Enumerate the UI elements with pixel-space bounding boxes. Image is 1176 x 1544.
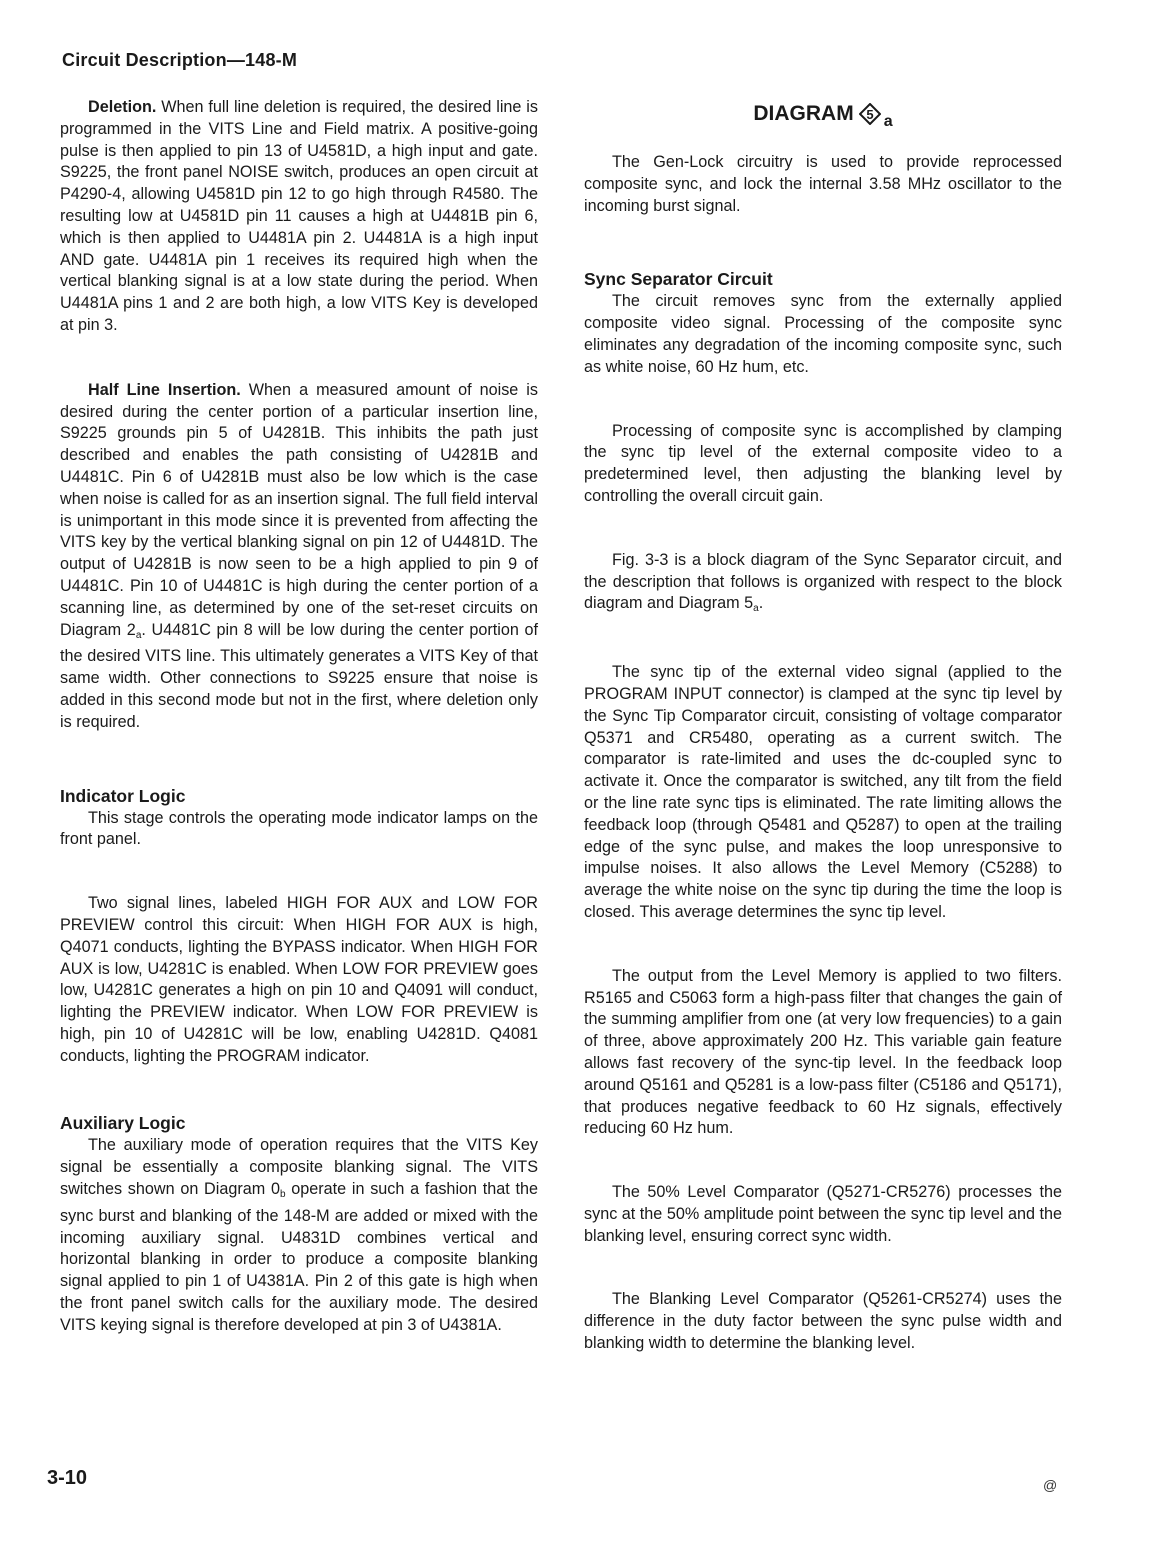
aux-text-b: operate in such a fashion that the sync … <box>60 1180 538 1334</box>
indicator-logic-p2: Two signal lines, labeled HIGH FOR AUX a… <box>60 893 538 1067</box>
p3-text-a: Fig. 3-3 is a block diagram of the Sync … <box>584 551 1062 613</box>
diagram-suffix: a <box>884 113 893 130</box>
sync-separator-p5: The output from the Level Memory is appl… <box>584 966 1062 1140</box>
diagram-title: DIAGRAM5a <box>584 99 1062 135</box>
p3-text-b: . <box>759 594 764 612</box>
sync-separator-p3: Fig. 3-3 is a block diagram of the Sync … <box>584 550 1062 620</box>
sync-separator-p1: The circuit removes sync from the extern… <box>584 291 1062 378</box>
diamond-badge-icon: 5 <box>859 103 881 125</box>
footer-mark: @ <box>1043 1477 1057 1493</box>
deletion-text: When full line deletion is required, the… <box>60 98 538 334</box>
auxiliary-logic-paragraph: The auxiliary mode of operation requires… <box>60 1135 538 1336</box>
sync-separator-p2: Processing of composite sync is accompli… <box>584 421 1062 508</box>
indicator-logic-heading: Indicator Logic <box>60 784 538 808</box>
auxiliary-logic-heading: Auxiliary Logic <box>60 1111 538 1135</box>
left-column: Deletion. When full line deletion is req… <box>60 97 538 1337</box>
page-header-title: Circuit Description—148-M <box>62 50 297 71</box>
sync-separator-p6: The 50% Level Comparator (Q5271-CR5276) … <box>584 1182 1062 1247</box>
right-column: DIAGRAM5a The Gen-Lock circuitry is used… <box>584 97 1062 1355</box>
genlock-paragraph: The Gen-Lock circuitry is used to provid… <box>584 152 1062 217</box>
deletion-paragraph: Deletion. When full line deletion is req… <box>60 97 538 337</box>
sync-separator-p7: The Blanking Level Comparator (Q5261-CR5… <box>584 1289 1062 1354</box>
sync-separator-p4: The sync tip of the external video signa… <box>584 662 1062 924</box>
sync-separator-heading: Sync Separator Circuit <box>584 267 1062 291</box>
half-line-text-a: When a measured amount of noise is desir… <box>60 381 538 639</box>
indicator-logic-p1: This stage controls the operating mode i… <box>60 808 538 852</box>
half-line-insertion-paragraph: Half Line Insertion. When a measured amo… <box>60 380 538 734</box>
diagram-label: DIAGRAM <box>753 102 853 125</box>
page-number: 3-10 <box>47 1467 87 1490</box>
diagram-number: 5 <box>866 107 873 122</box>
deletion-run-in: Deletion. <box>88 98 156 116</box>
half-line-run-in: Half Line Insertion. <box>88 381 241 399</box>
